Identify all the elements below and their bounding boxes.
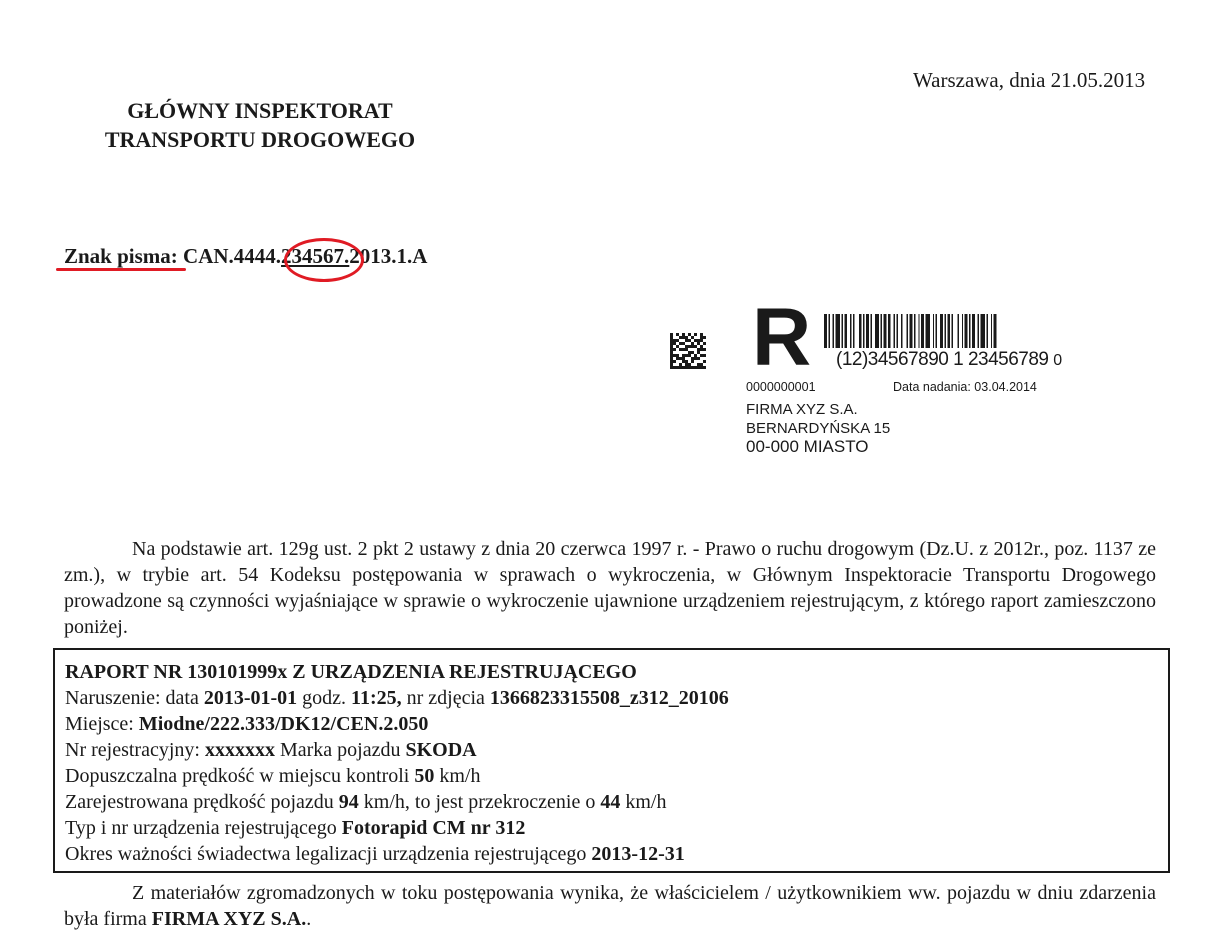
report-validity: Okres ważności świadectwa legalizacji ur… (65, 841, 1168, 867)
report-device: Typ i nr urządzenia rejestrującego Fotor… (65, 815, 1168, 841)
reference-number: Znak pisma: CAN.4444.234567.2013.1.A (64, 244, 427, 269)
recipient-name: FIRMA XYZ S.A. (746, 401, 858, 418)
reference-label: Znak pisma: (64, 244, 178, 268)
barcode-check-digit: 0 (1053, 352, 1061, 369)
recipient-street: BERNARDYŃSKA 15 (746, 420, 890, 437)
report-box: RAPORT NR 130101999x Z URZĄDZENIA REJEST… (53, 648, 1170, 873)
reference-prefix: CAN.4444. (183, 244, 281, 268)
report-title: RAPORT NR 130101999x Z URZĄDZENIA REJEST… (65, 659, 1168, 685)
registration-number: 0000000001 (746, 380, 816, 394)
barcode-icon (824, 314, 1060, 348)
barcode-number: (12)34567890 1 23456789 0 (836, 349, 1062, 371)
red-circle-annotation (284, 238, 364, 282)
organization-line-1: GŁÓWNY INSPEKTORAT (60, 96, 460, 125)
sent-date: Data nadania: 03.04.2014 (893, 380, 1037, 394)
barcode-number-main: (12)34567890 1 23456789 (836, 349, 1048, 370)
report-location: Miejsce: Miodne/222.333/DK12/CEN.2.050 (65, 711, 1168, 737)
report-recorded-speed: Zarejestrowana prędkość pojazdu 94 km/h,… (65, 789, 1168, 815)
report-violation: Naruszenie: data 2013-01-01 godz. 11:25,… (65, 685, 1168, 711)
place-and-date: Warszawa, dnia 21.05.2013 (913, 68, 1145, 93)
intro-paragraph-text: Na podstawie art. 129g ust. 2 pkt 2 usta… (64, 536, 1156, 640)
issuing-organization: GŁÓWNY INSPEKTORAT TRANSPORTU DROGOWEGO (60, 96, 460, 154)
red-underline-annotation (56, 268, 186, 271)
closing-paragraph: Z materiałów zgromadzonych w toku postęp… (64, 880, 1156, 932)
registered-mail-mark: R (752, 298, 811, 378)
report-speed-limit: Dopuszczalna prędkość w miejscu kontroli… (65, 763, 1168, 789)
closing-paragraph-text: Z materiałów zgromadzonych w toku postęp… (64, 880, 1156, 932)
recipient-city: 00-000 MIASTO (746, 437, 869, 457)
datamatrix-code-icon (670, 333, 706, 369)
intro-paragraph: Na podstawie art. 129g ust. 2 pkt 2 usta… (64, 536, 1156, 640)
organization-line-2: TRANSPORTU DROGOWEGO (60, 125, 460, 154)
report-vehicle: Nr rejestracyjny: xxxxxxx Marka pojazdu … (65, 737, 1168, 763)
